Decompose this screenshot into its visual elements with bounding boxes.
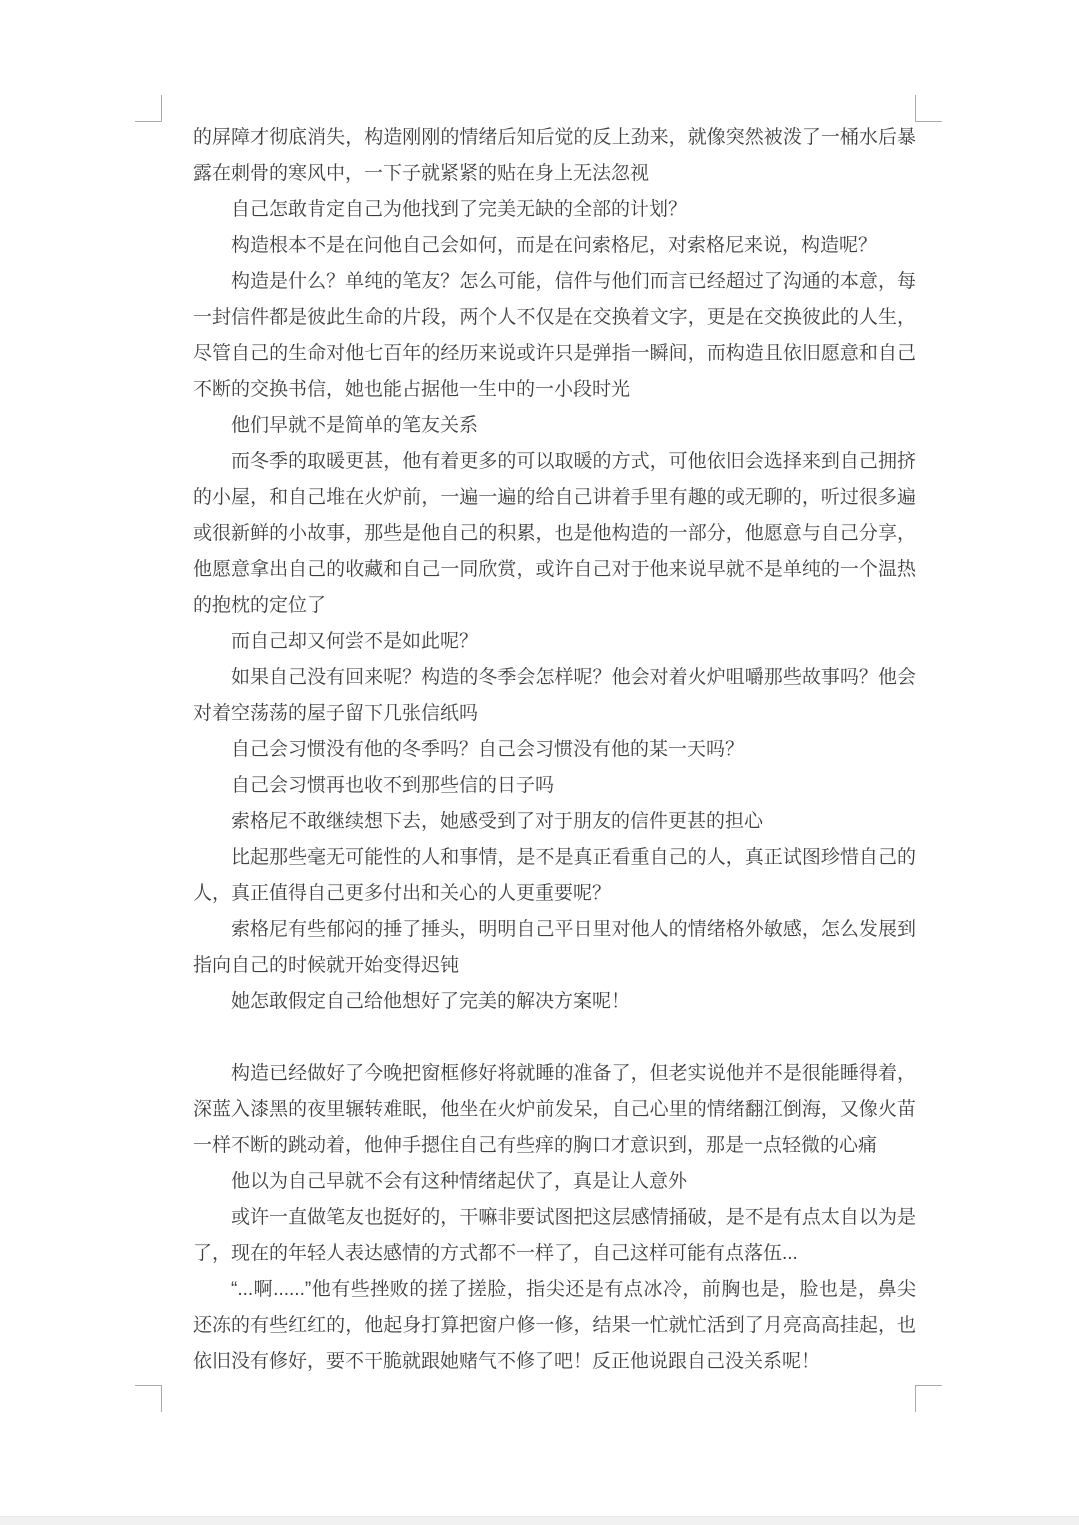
paragraph: 索格尼不敢继续想下去，她感受到了对于朋友的信件更甚的担心 — [193, 804, 916, 840]
paragraph: 索格尼有些郁闷的捶了捶头，明明自己平日里对他人的情绪格外敏感，怎么发展到指向自己… — [193, 912, 916, 984]
paragraph: 的屏障才彻底消失，构造刚刚的情绪后知后觉的反上劲来，就像突然被泼了一桶水后暴露在… — [193, 120, 916, 192]
paragraph: “...啊......”他有些挫败的搓了搓脸，指尖还是有点冰冷，前胸也是，脸也是… — [193, 1272, 916, 1380]
blank-line — [193, 1020, 916, 1056]
text-boundary-mark-bottom-left — [135, 1385, 162, 1412]
page-gap-divider — [0, 1516, 1079, 1525]
paragraph: 如果自己没有回来呢？构造的冬季会怎样呢？他会对着火炉咀嚼那些故事吗？他会对着空荡… — [193, 660, 916, 732]
paragraph: 自己会习惯没有他的冬季吗？自己会习惯没有他的某一天吗？ — [193, 732, 916, 768]
document-page: 的屏障才彻底消失，构造刚刚的情绪后知后觉的反上劲来，就像突然被泼了一桶水后暴露在… — [0, 0, 1079, 1525]
paragraph: 构造是什么？单纯的笔友？怎么可能，信件与他们而言已经超过了沟通的本意，每一封信件… — [193, 264, 916, 408]
text-boundary-mark-top-right — [915, 95, 942, 122]
paragraph: 自己怎敢肯定自己为他找到了完美无缺的全部的计划？ — [193, 192, 916, 228]
text-boundary-mark-top-left — [135, 95, 162, 122]
paragraph: 构造根本不是在问他自己会如何，而是在问索格尼，对索格尼来说，构造呢？ — [193, 228, 916, 264]
text-boundary-mark-bottom-right — [915, 1385, 942, 1412]
paragraph: 他们早就不是简单的笔友关系 — [193, 408, 916, 444]
paragraph: 构造已经做好了今晚把窗框修好将就睡的准备了，但老实说他并不是很能睡得着，深蓝入漆… — [193, 1056, 916, 1164]
paragraph: 比起那些毫无可能性的人和事情，是不是真正看重自己的人，真正试图珍惜自己的人，真正… — [193, 840, 916, 912]
document-text-area[interactable]: 的屏障才彻底消失，构造刚刚的情绪后知后觉的反上劲来，就像突然被泼了一桶水后暴露在… — [193, 120, 916, 1380]
paragraph: 而冬季的取暖更甚，他有着更多的可以取暖的方式，可他依旧会选择来到自己拥挤的小屋，… — [193, 444, 916, 624]
paragraph: 或许一直做笔友也挺好的，干嘛非要试图把这层感情捅破，是不是有点太自以为是了，现在… — [193, 1200, 916, 1272]
paragraph: 自己会习惯再也收不到那些信的日子吗 — [193, 768, 916, 804]
paragraph: 他以为自己早就不会有这种情绪起伏了，真是让人意外 — [193, 1164, 916, 1200]
paragraph: 她怎敢假定自己给他想好了完美的解决方案呢！ — [193, 984, 916, 1020]
paragraph: 而自己却又何尝不是如此呢？ — [193, 624, 916, 660]
